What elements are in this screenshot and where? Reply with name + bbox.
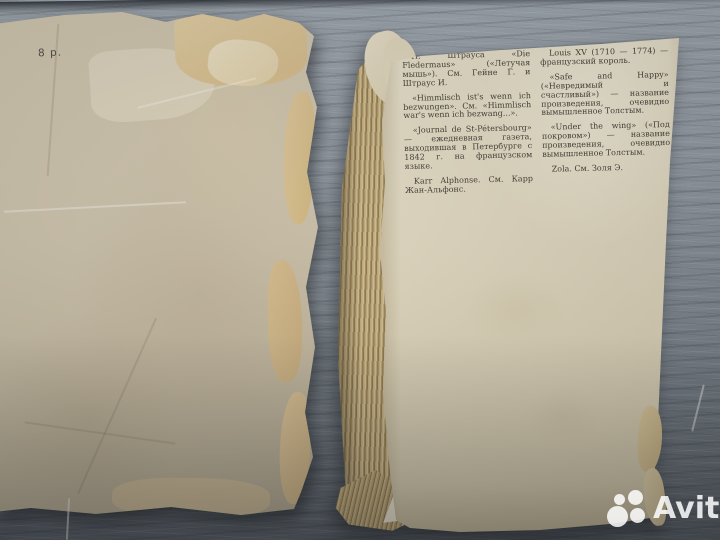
vignette	[0, 0, 720, 540]
photo-two-old-books: 8 р. И. Штрауса «Die Fledermaus» («Летуч…	[0, 0, 720, 540]
avito-wordmark: Avito	[653, 494, 720, 524]
avito-logo-icon	[598, 486, 650, 532]
avito-watermark: Avito	[598, 486, 720, 532]
